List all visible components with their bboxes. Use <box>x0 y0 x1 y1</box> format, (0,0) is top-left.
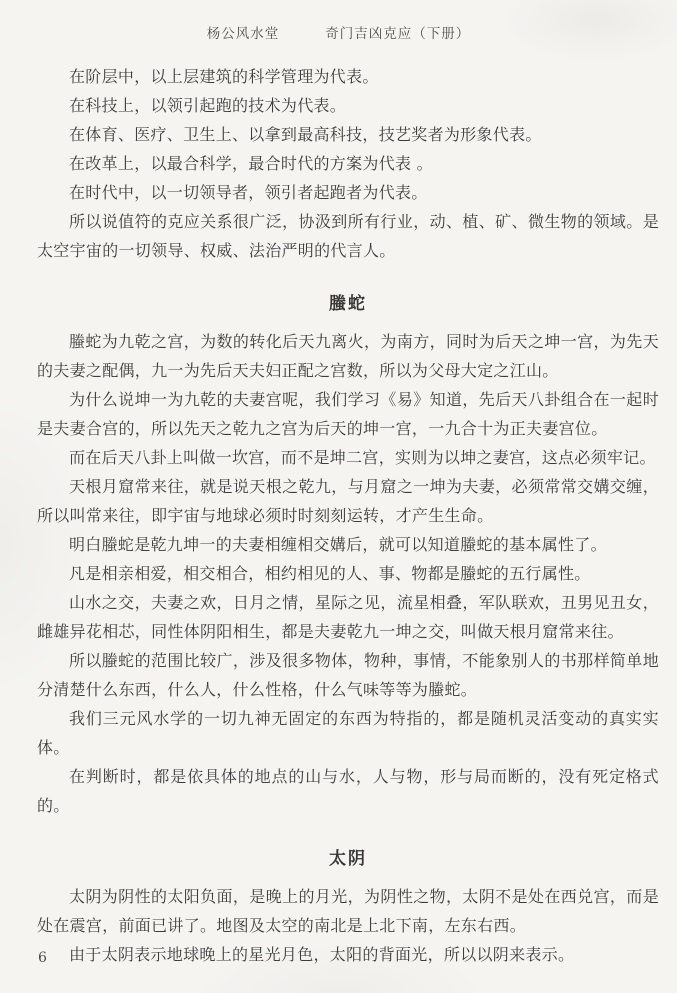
page-body: 在阶层中，以上层建筑的科学管理为代表。 在科技上，以领引起跑的技术为代表。 在体… <box>37 62 659 969</box>
document-page: 杨公风水堂 奇门吉凶克应（下册） 在阶层中，以上层建筑的科学管理为代表。 在科技… <box>0 0 677 993</box>
body-paragraph: 由于太阴表示地球晚上的星光月色，太阳的背面光，所以以阴来表示。 <box>37 940 659 969</box>
body-paragraph: 天根月窟常来往，就是说天根之乾九，与月窟之一坤为夫妻，必须常常交媾交缠，所以叫常… <box>37 472 659 530</box>
intro-paragraph: 在阶层中，以上层建筑的科学管理为代表。 <box>37 62 659 91</box>
header-book-title: 奇门吉凶克应（下册） <box>325 22 470 42</box>
body-paragraph: 而在后天八卦上叫做一坎宫，而不是坤二宫，实则为以坤之妻宫，这点必须牢记。 <box>37 443 659 472</box>
intro-paragraph: 在体育、医疗、卫生上、以拿到最高科技，技艺奖者为形象代表。 <box>37 120 659 149</box>
running-header: 杨公风水堂 奇门吉凶克应（下册） <box>0 22 677 42</box>
body-paragraph: 山水之交，夫妻之欢，日月之情，星际之见，流星相叠，军队联欢，丑男见丑女，雌雄异花… <box>37 588 659 646</box>
section-title-taiyin: 太阴 <box>37 845 659 874</box>
body-paragraph: 所以螣蛇的范围比较广，涉及很多物体，物种，事情，不能象别人的书那样简单地分清楚什… <box>37 646 659 704</box>
intro-paragraph: 在改革上，以最合科学，最合时代的方案为代表 。 <box>37 149 659 178</box>
intro-paragraph: 在科技上，以领引起跑的技术为代表。 <box>37 91 659 120</box>
page-number: 6 <box>38 950 47 966</box>
body-paragraph: 在判断时，都是依具体的地点的山与水，人与物，形与局而断的，没有死定格式的。 <box>37 762 659 820</box>
body-paragraph: 明白螣蛇是乾九坤一的夫妻相缠相交媾后，就可以知道螣蛇的基本属性了。 <box>37 530 659 559</box>
section-title-tengshe: 螣蛇 <box>37 290 659 319</box>
intro-paragraph: 在时代中，以一切领导者，领引者起跑者为代表。 <box>37 178 659 207</box>
body-paragraph: 太阴为阴性的太阳负面，是晚上的月光，为阴性之物，太阴不是处在西兑宫，而是处在震宫… <box>37 882 659 940</box>
body-paragraph: 我们三元风水学的一切九神无固定的东西为特指的，都是随机灵活变动的真实实体。 <box>37 704 659 762</box>
header-studio-name: 杨公风水堂 <box>207 22 280 42</box>
body-paragraph: 凡是相亲相爱，相交相合，相约相见的人、事、物都是螣蛇的五行属性。 <box>37 559 659 588</box>
body-paragraph: 螣蛇为九乾之宫，为数的转化后天九离火，为南方，同时为后天之坤一宫，为先天的夫妻之… <box>37 327 659 385</box>
intro-paragraph: 所以说值符的克应关系很广泛，协汲到所有行业，动、植、矿、微生物的领域。是太空宇宙… <box>37 207 659 265</box>
body-paragraph: 为什么说坤一为九乾的夫妻宫呢，我们学习《易》知道，先后天八卦组合在一起时是夫妻合… <box>37 385 659 443</box>
